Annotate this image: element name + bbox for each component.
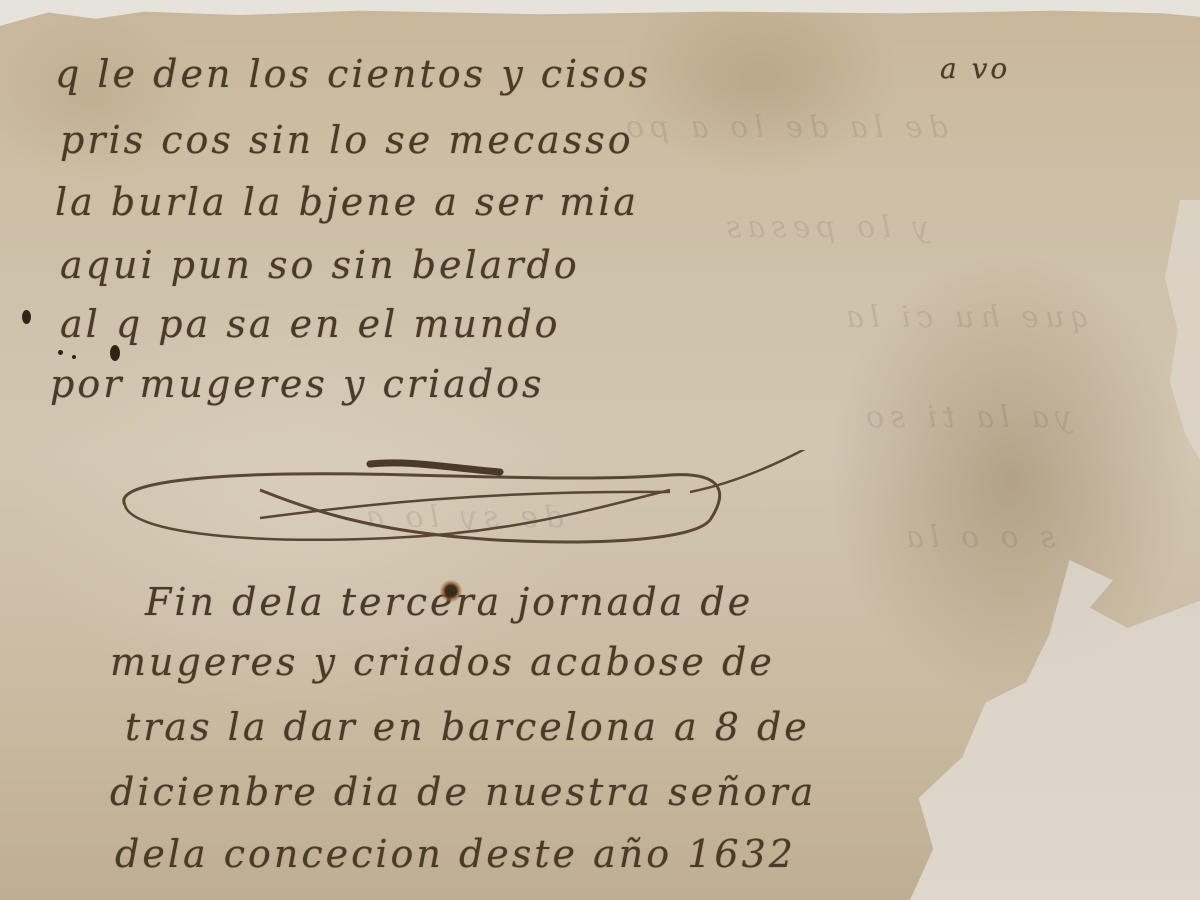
manuscript-page: de la de lo a po y lo pesas que hu ci la…	[0, 0, 1200, 900]
manuscript-line-3: la burla la bjene a ser mia	[55, 180, 639, 224]
manuscript-line-9: tras la dar en barcelona a 8 de	[125, 705, 810, 749]
ink-blot	[110, 345, 120, 361]
manuscript-line-10: dicienbre dia de nuestra señora	[110, 770, 816, 814]
burn-mark	[440, 580, 462, 602]
flourish-rubric	[110, 450, 910, 570]
manuscript-line-1: q le den los cientos y cisos	[55, 52, 651, 96]
bleed-through-text: s o o la	[900, 520, 1056, 555]
manuscript-line-11: dela concecion deste año 1632	[115, 832, 796, 876]
bleed-through-text: de la de lo a po	[620, 110, 948, 145]
manuscript-line-6: por mugeres y criados	[50, 362, 545, 406]
bleed-through-text: y lo pesas	[720, 210, 929, 245]
ink-blot	[72, 355, 76, 359]
manuscript-line-8: mugeres y criados acabose de	[110, 640, 775, 684]
manuscript-line-2: pris cos sin lo se mecasso	[60, 118, 634, 162]
bleed-through-text: que hu ci la	[840, 300, 1089, 335]
ink-blot	[58, 350, 63, 355]
manuscript-line-5: al q pa sa en el mundo	[60, 302, 561, 346]
bleed-through-text: ya la ti so	[860, 400, 1072, 435]
manuscript-line-4: aqui pun so sin belardo	[60, 243, 580, 287]
ink-blot	[22, 310, 31, 324]
marginal-fragment: a vo	[940, 52, 1010, 85]
